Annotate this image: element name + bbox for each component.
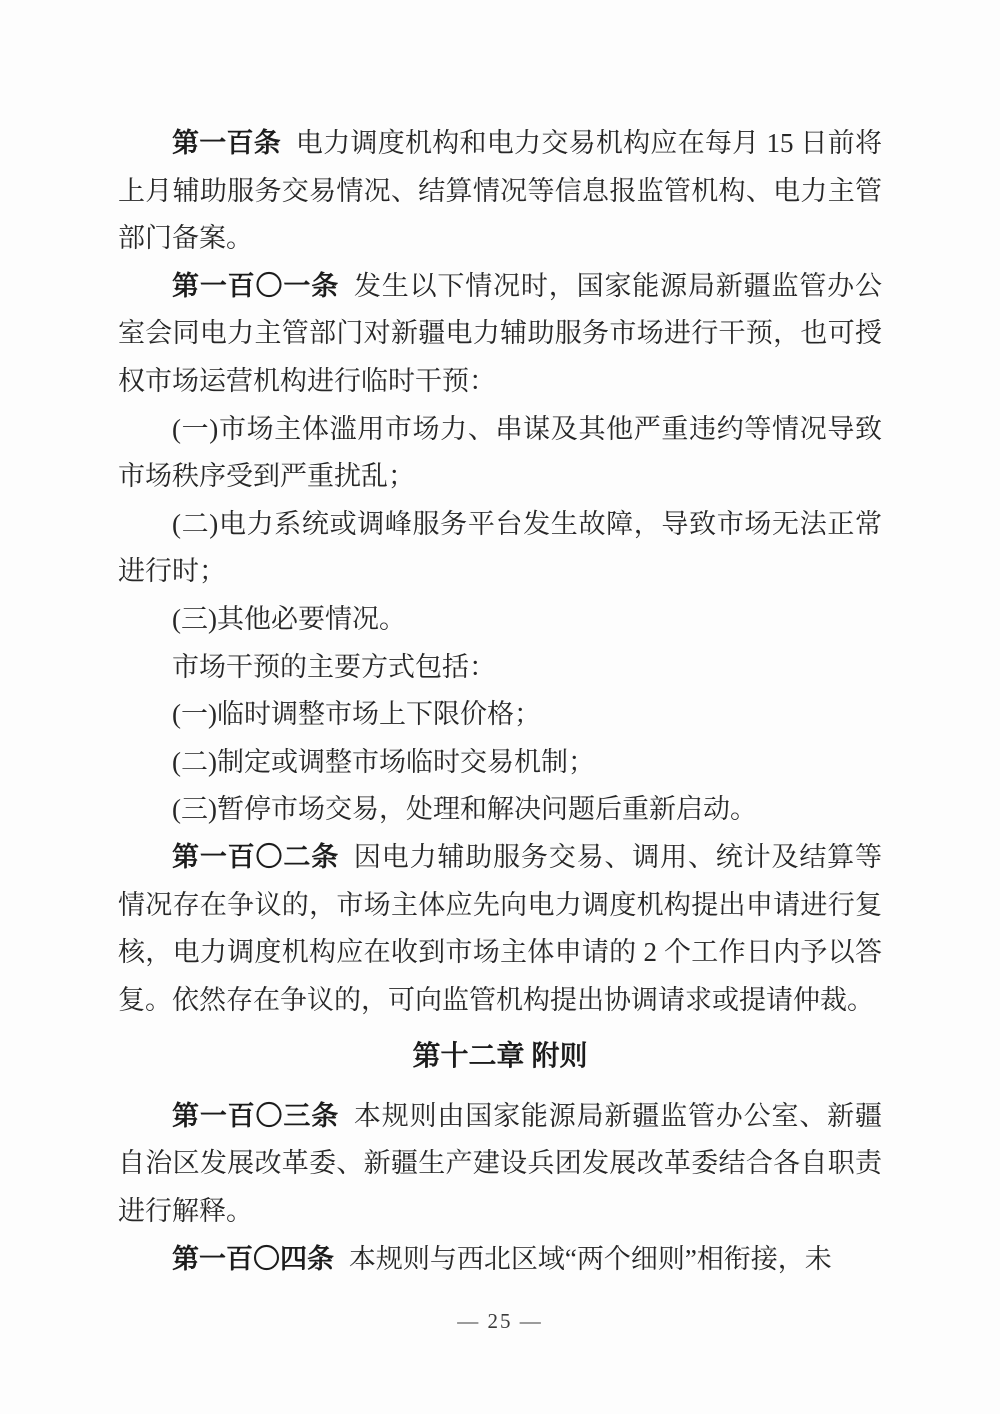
- article-paragraph: 第一百〇三条本规则由国家能源局新疆监管办公室、新疆自治区发展改革委、新疆生产建设…: [118, 1093, 882, 1236]
- list-item-paragraph: (三)暂停市场交易，处理和解决问题后重新启动。: [118, 786, 882, 834]
- article-text: 本规则与西北区域“两个细则”相衔接，未: [349, 1244, 832, 1274]
- article-text: (二)制定或调整市场临时交易机制；: [172, 747, 595, 777]
- list-item-paragraph: (一)市场主体滥用市场力、串谋及其他严重违约等情况导致市场秩序受到严重扰乱；: [118, 406, 882, 501]
- article-number: 第一百〇二条: [172, 842, 339, 872]
- article-number: 第一百〇四条: [172, 1244, 334, 1274]
- chapter-heading: 第十二章 附则: [118, 1033, 882, 1081]
- article-number: 第一百条: [172, 128, 281, 158]
- list-item-paragraph: (二)制定或调整市场临时交易机制；: [118, 739, 882, 787]
- list-item-paragraph: (一)临时调整市场上下限价格；: [118, 691, 882, 739]
- article-text: (三)暂停市场交易，处理和解决问题后重新启动。: [172, 794, 757, 824]
- document-body: 第一百条电力调度机构和电力交易机构应在每月 15 日前将上月辅助服务交易情况、结…: [118, 120, 882, 1283]
- body-paragraph: 市场干预的主要方式包括：: [118, 644, 882, 692]
- article-paragraph: 第一百〇一条发生以下情况时，国家能源局新疆监管办公室会同电力主管部门对新疆电力辅…: [118, 263, 882, 406]
- article-text: (二)电力系统或调峰服务平台发生故障，导致市场无法正常进行时；: [118, 509, 882, 587]
- page-number: — 25 —: [0, 1309, 1000, 1334]
- article-paragraph: 第一百〇二条因电力辅助服务交易、调用、统计及结算等情况存在争议的，市场主体应先向…: [118, 834, 882, 1024]
- article-text: (一)临时调整市场上下限价格；: [172, 699, 541, 729]
- document-page: 第一百条电力调度机构和电力交易机构应在每月 15 日前将上月辅助服务交易情况、结…: [0, 0, 1000, 1414]
- article-paragraph: 第一百条电力调度机构和电力交易机构应在每月 15 日前将上月辅助服务交易情况、结…: [118, 120, 882, 263]
- article-text: (一)市场主体滥用市场力、串谋及其他严重违约等情况导致市场秩序受到严重扰乱；: [118, 414, 882, 492]
- article-text: (三)其他必要情况。: [172, 604, 406, 634]
- article-number: 第一百〇一条: [172, 271, 339, 301]
- article-number: 第一百〇三条: [172, 1101, 339, 1131]
- list-item-paragraph: (三)其他必要情况。: [118, 596, 882, 644]
- article-paragraph: 第一百〇四条本规则与西北区域“两个细则”相衔接，未: [118, 1236, 882, 1284]
- list-item-paragraph: (二)电力系统或调峰服务平台发生故障，导致市场无法正常进行时；: [118, 501, 882, 596]
- article-text: 市场干预的主要方式包括：: [172, 652, 496, 682]
